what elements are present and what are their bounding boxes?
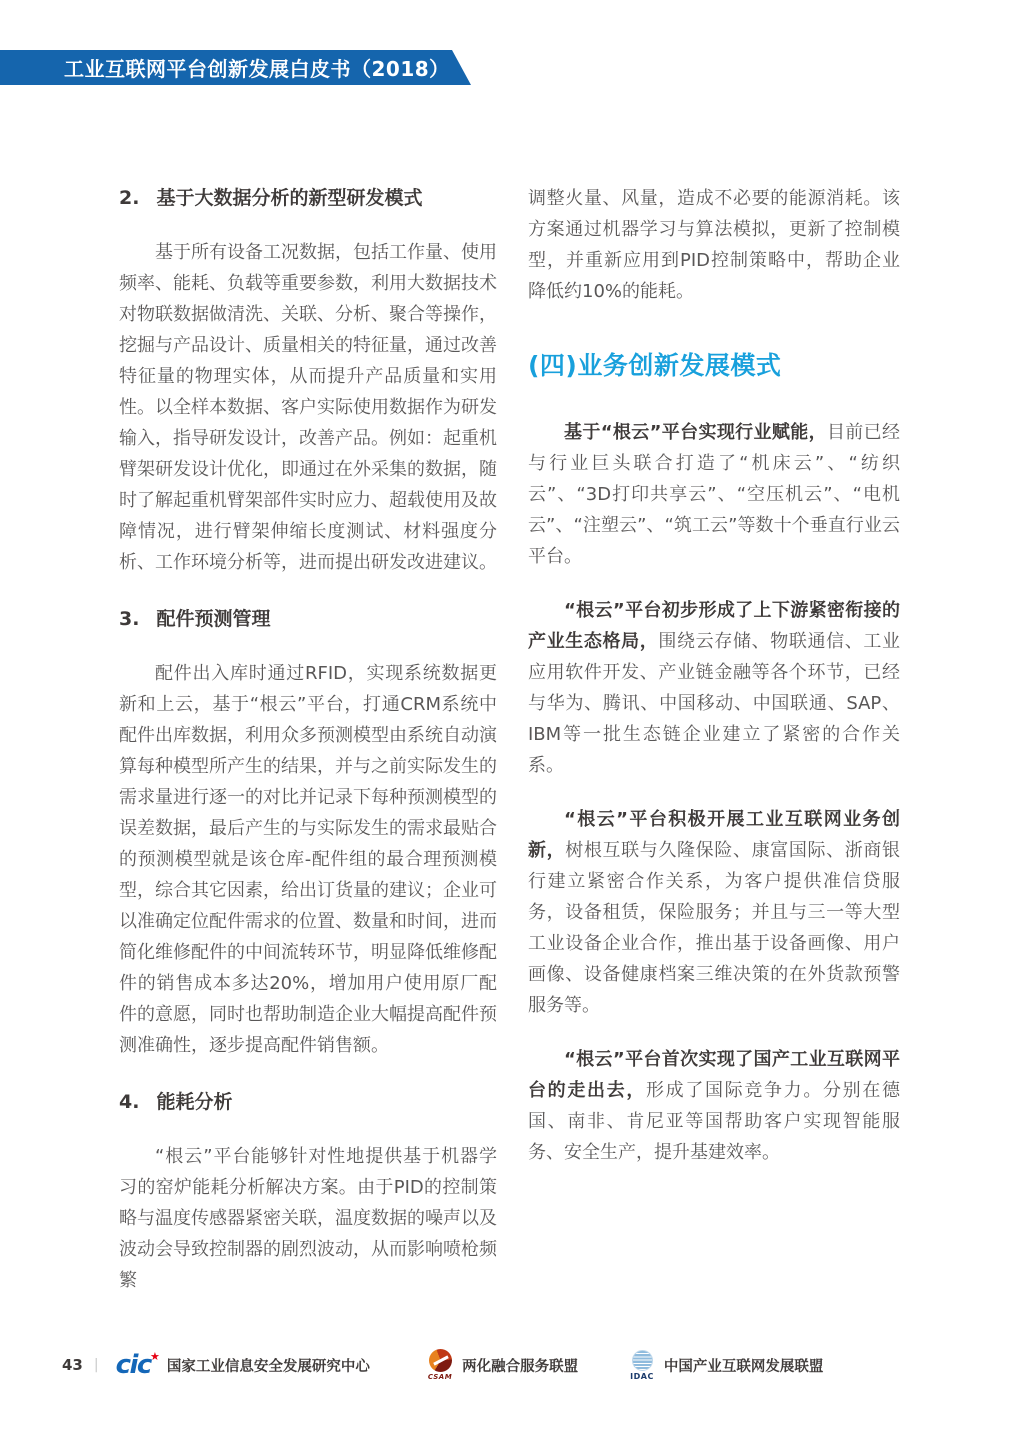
header-banner: 工业互联网平台创新发展白皮书（2018） bbox=[0, 50, 471, 85]
cic-logo: cic ★ bbox=[116, 1352, 151, 1378]
csam-org-group: CSAM 两化融合服务联盟 bbox=[428, 1349, 578, 1381]
csam-swirl-icon bbox=[429, 1349, 452, 1372]
section-2-heading: 2. 基于大数据分析的新型研发模式 bbox=[119, 185, 497, 211]
right-column: 调整火量、风量，造成不必要的能源消耗。该方案通过机器学习与算法模拟，更新了控制模… bbox=[528, 183, 900, 1296]
page-number: 43 bbox=[62, 1356, 83, 1374]
section-3-title: 配件预测管理 bbox=[156, 606, 270, 632]
business-paragraph-1-text: 目前已经与行业巨头联合打造了“机床云”、“纺织云”、“3D打印共享云”、“空压机… bbox=[528, 422, 900, 567]
business-paragraph-1: 基于“根云”平台实现行业赋能，目前已经与行业巨头联合打造了“机床云”、“纺织云”… bbox=[528, 417, 900, 572]
section-4-heading: 4. 能耗分析 bbox=[119, 1089, 497, 1115]
idac-caption: IDAC bbox=[630, 1372, 654, 1381]
section-4-number: 4. bbox=[119, 1089, 139, 1115]
cic-star-icon: ★ bbox=[150, 1351, 160, 1362]
section-4-title: 能耗分析 bbox=[156, 1089, 232, 1115]
section-3-paragraph: 配件出入库时通过RFID，实现系统数据更新和上云，基于“根云”平台，打通CRM系… bbox=[119, 658, 497, 1061]
idac-globe-icon bbox=[632, 1350, 653, 1371]
cic-logo-text: cic bbox=[116, 1350, 151, 1380]
section-2-number: 2. bbox=[119, 185, 139, 211]
idac-logo-stack: IDAC bbox=[630, 1350, 654, 1381]
content-columns: 2. 基于大数据分析的新型研发模式 基于所有设备工况数据，包括工作量、使用频率、… bbox=[119, 183, 900, 1296]
section-3-number: 3. bbox=[119, 606, 139, 632]
section-2-paragraph: 基于所有设备工况数据，包括工作量、使用频率、能耗、负载等重要参数，利用大数据技术… bbox=[119, 237, 497, 578]
idac-org-label: 中国产业互联网发展联盟 bbox=[664, 1355, 824, 1376]
business-paragraph-3: “根云”平台积极开展工业互联网业务创新，树根互联与久隆保险、康富国际、浙商银行建… bbox=[528, 804, 900, 1021]
document-page: 工业互联网平台创新发展白皮书（2018） 2. 基于大数据分析的新型研发模式 基… bbox=[0, 0, 1019, 1440]
left-column: 2. 基于大数据分析的新型研发模式 基于所有设备工况数据，包括工作量、使用频率、… bbox=[119, 183, 497, 1296]
csam-org-label: 两化融合服务联盟 bbox=[462, 1355, 578, 1376]
continuation-paragraph: 调整火量、风量，造成不必要的能源消耗。该方案通过机器学习与算法模拟，更新了控制模… bbox=[528, 183, 900, 307]
business-paragraph-2: “根云”平台初步形成了上下游紧密衔接的产业生态格局，围绕云存储、物联通信、工业应… bbox=[528, 595, 900, 781]
footer-divider: | bbox=[94, 1357, 99, 1373]
cic-org-label: 国家工业信息安全发展研究中心 bbox=[167, 1355, 370, 1376]
section-4-paragraph: “根云”平台能够针对性地提供基于机器学习的窑炉能耗分析解决方案。由于PID的控制… bbox=[119, 1141, 497, 1296]
chapter-heading: (四)业务创新发展模式 bbox=[528, 351, 900, 381]
csam-caption: CSAM bbox=[428, 1373, 452, 1381]
section-3-heading: 3. 配件预测管理 bbox=[119, 606, 497, 632]
csam-logo-stack: CSAM bbox=[428, 1349, 452, 1381]
page-footer: 43 | cic ★ 国家工业信息安全发展研究中心 CSAM 两化融合服务联盟 … bbox=[62, 1346, 823, 1384]
business-paragraph-1-lead: 基于“根云”平台实现行业赋能， bbox=[564, 422, 827, 443]
idac-org-group: IDAC 中国产业互联网发展联盟 bbox=[630, 1350, 823, 1381]
business-paragraph-2-text: 围绕云存储、物联通信、工业应用软件开发、产业链金融等各个环节，已经与华为、腾讯、… bbox=[528, 631, 900, 776]
banner-title: 工业互联网平台创新发展白皮书（2018） bbox=[0, 53, 450, 82]
business-paragraph-3-text: 树根互联与久隆保险、康富国际、浙商银行建立紧密合作关系，为客户提供准信贷服务，设… bbox=[528, 840, 900, 1016]
section-2-title: 基于大数据分析的新型研发模式 bbox=[156, 185, 422, 211]
business-paragraph-4: “根云”平台首次实现了国产工业互联网平台的走出去，形成了国际竞争力。分别在德国、… bbox=[528, 1044, 900, 1168]
